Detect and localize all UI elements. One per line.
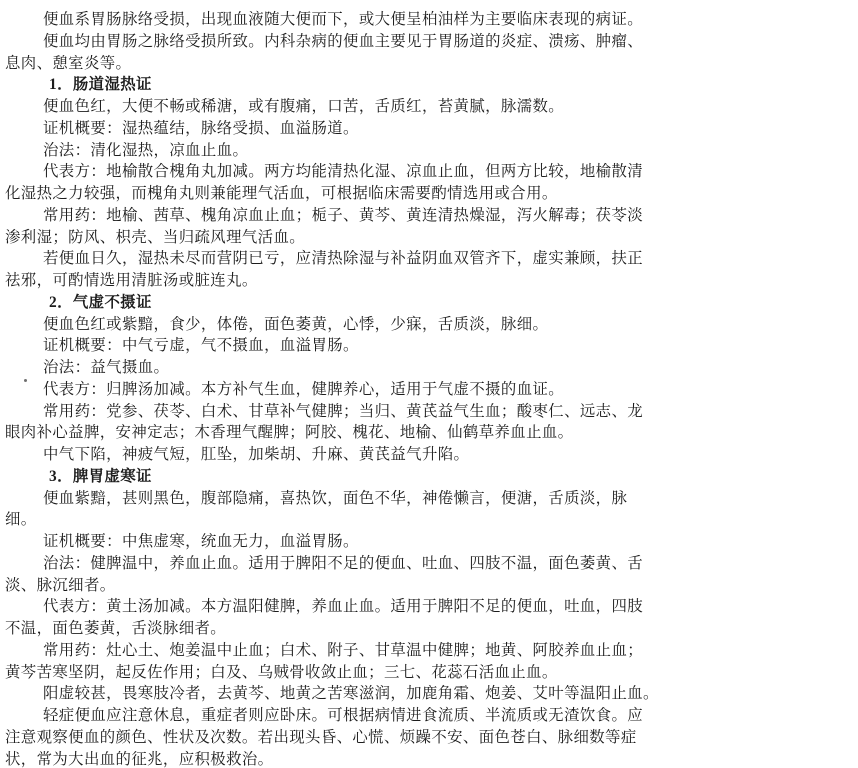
- text-line: 常用药：地榆、茜草、槐角凉血止血；栀子、黄芩、黄连清热燥湿，泻火解毒；茯苓淡: [5, 205, 655, 227]
- section-heading: 1．肠道湿热证: [5, 74, 655, 96]
- text-line: 代表方：归脾汤加减。本方补气生血，健脾养心，适用于气虚不摄的血证。: [5, 379, 655, 401]
- text-line: 便血系胃肠脉络受损，出现血液随大便而下，或大便呈柏油样为主要临床表现的病证。: [5, 9, 655, 31]
- text-line: 常用药：灶心土、炮姜温中止血；白术、附子、甘草温中健脾；地黄、阿胶养血止血；: [5, 640, 655, 662]
- text-line: 便血色红，大便不畅或稀溏，或有腹痛，口苦，舌质红，苔黄腻，脉濡数。: [5, 96, 655, 118]
- text-line: 中气下陷，神疲气短，肛坠，加柴胡、升麻、黄芪益气升陷。: [5, 444, 655, 466]
- text-line: 代表方：地榆散合槐角丸加减。两方均能清热化湿、凉血止血，但两方比较，地榆散清: [5, 161, 655, 183]
- text-line: 化湿热之力较强，而槐角丸则兼能理气活血，可根据临床需要酌情选用或合用。: [5, 183, 655, 205]
- text-line: 细。: [5, 509, 655, 531]
- text-line: 状，常为大出血的征兆，应积极救治。: [5, 749, 655, 768]
- text-line: 不温，面色萎黄，舌淡脉细者。: [5, 618, 655, 640]
- section-heading: 3．脾胃虚寒证: [5, 466, 655, 488]
- text-line: 证机概要：中焦虚寒，统血无力，血溢胃肠。: [5, 531, 655, 553]
- text-line: 证机概要：中气亏虚，气不摄血，血溢胃肠。: [5, 335, 655, 357]
- text-line: 若便血日久，湿热未尽而营阴已亏，应清热除湿与补益阴血双管齐下，虚实兼顾，扶正: [5, 248, 655, 270]
- text-line: 代表方：黄土汤加减。本方温阳健脾，养血止血。适用于脾阳不足的便血，吐血，四肢: [5, 596, 655, 618]
- text-line: 证机概要：湿热蕴结，脉络受损、血溢肠道。: [5, 118, 655, 140]
- section-heading: 2．气虚不摄证: [5, 292, 655, 314]
- text-line: 便血均由胃肠之脉络受损所致。内科杂病的便血主要见于胃肠道的炎症、溃疡、肿瘤、: [5, 31, 655, 53]
- document-page: 便血系胃肠脉络受损，出现血液随大便而下，或大便呈柏油样为主要临床表现的病证。便血…: [0, 0, 858, 768]
- text-line: 息肉、憩室炎等。: [5, 53, 655, 75]
- text-line: 常用药：党参、茯苓、白术、甘草补气健脾；当归、黄芪益气生血；酸枣仁、远志、龙: [5, 401, 655, 423]
- ink-speck: [24, 379, 27, 382]
- text-line: 注意观察便血的颜色、性状及次数。若出现头昏、心慌、烦躁不安、面色苍白、脉细数等症: [5, 727, 655, 749]
- text-line: 治法：益气摄血。: [5, 357, 655, 379]
- text-line: 便血色红或紫黯，食少，体倦，面色萎黄，心悸，少寐，舌质淡，脉细。: [5, 314, 655, 336]
- text-block: 便血系胃肠脉络受损，出现血液随大便而下，或大便呈柏油样为主要临床表现的病证。便血…: [5, 9, 655, 768]
- text-line: 眼肉补心益脾，安神定志；木香理气醒脾；阿胶、槐花、地榆、仙鹤草养血止血。: [5, 422, 655, 444]
- text-line: 便血紫黯，甚则黑色，腹部隐痛，喜热饮，面色不华，神倦懒言，便溏，舌质淡，脉: [5, 488, 655, 510]
- text-line: 轻症便血应注意休息，重症者则应卧床。可根据病情进食流质、半流质或无渣饮食。应: [5, 705, 655, 727]
- text-line: 淡、脉沉细者。: [5, 575, 655, 597]
- text-line: 渗利湿；防风、枳壳、当归疏风理气活血。: [5, 227, 655, 249]
- text-line: 黄芩苦寒坚阴，起反佐作用；白及、乌贼骨收敛止血；三七、花蕊石活血止血。: [5, 662, 655, 684]
- text-line: 祛邪，可酌情选用清脏汤或脏连丸。: [5, 270, 655, 292]
- text-line: 治法：清化湿热，凉血止血。: [5, 140, 655, 162]
- text-line: 阳虚较甚，畏寒肢冷者，去黄芩、地黄之苦寒滋润，加鹿角霜、炮姜、艾叶等温阳止血。: [5, 683, 655, 705]
- text-line: 治法：健脾温中，养血止血。适用于脾阳不足的便血、吐血、四肢不温，面色萎黄、舌: [5, 553, 655, 575]
